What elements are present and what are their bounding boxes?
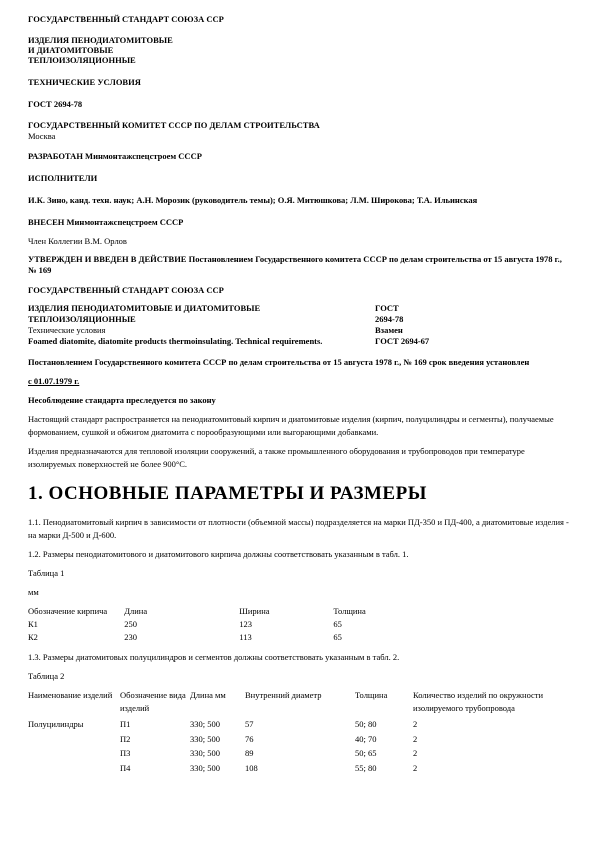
info-replaces-num: ГОСТ 2694-67 (375, 336, 429, 347)
table2-cell: 330; 500 (190, 761, 245, 776)
table1-header-cell: Толщина (333, 605, 438, 618)
title-line-3: ТЕПЛОИЗОЛЯЦИОННЫЕ (28, 55, 570, 65)
decree-paragraph: Постановлением Государственного комитета… (28, 356, 570, 369)
committee-line: ГОСУДАРСТВЕННЫЙ КОМИТЕТ СССР ПО ДЕЛАМ СТ… (28, 120, 570, 131)
developed-by-line: РАЗРАБОТАН Минмонтажспецстроем СССР (28, 150, 570, 163)
table-row: Полуцилиндры П1 330; 500 57 50; 80 2 (28, 717, 570, 732)
executors-line: И.К. Зино, канд. техн. наук; А.Н. Морози… (28, 194, 570, 207)
table2-cell: П3 (120, 746, 190, 761)
table1-cell: К2 (28, 631, 124, 644)
table2-cell: 330; 500 (190, 732, 245, 747)
table2-cell (28, 761, 120, 776)
table2-cell: 55; 80 (355, 761, 413, 776)
table2-cell: 89 (245, 746, 355, 761)
info-gost-label: ГОСТ (375, 303, 429, 314)
table2-cell (28, 732, 120, 747)
table1-header-row: Обозначение кирпича Длина Ширина Толщина (28, 605, 438, 618)
city-line: Москва (28, 131, 570, 142)
table-row: П2 330; 500 76 40; 70 2 (28, 732, 570, 747)
effective-date: с 01.07.1979 г. (28, 375, 570, 388)
table2-cell: 2 (413, 761, 570, 776)
table2-header-cell: Длина мм (190, 689, 245, 717)
document-page: ГОСУДАРСТВЕННЫЙ СТАНДАРТ СОЮЗА ССР ИЗДЕЛ… (0, 0, 595, 842)
submitted-by-line: ВНЕСЕН Минмонтажспецстроем СССР (28, 216, 570, 229)
table2-cell (28, 746, 120, 761)
table1-caption: Таблица 1 (28, 567, 570, 580)
info-title-en: Foamed diatomite, diatomite products the… (28, 336, 363, 347)
table1-cell: 65 (333, 631, 438, 644)
standard-header-2: ГОСУДАРСТВЕННЫЙ СТАНДАРТ СОЮЗА ССР (28, 284, 570, 297)
table2-cell: 50; 65 (355, 746, 413, 761)
table2-caption: Таблица 2 (28, 670, 570, 683)
table-row: П3 330; 500 89 50; 65 2 (28, 746, 570, 761)
table2-cell: 2 (413, 732, 570, 747)
section-1-heading: 1. ОСНОВНЫЕ ПАРАМЕТРЫ И РАЗМЕРЫ (28, 483, 570, 505)
gost-number: ГОСТ 2694-78 (28, 98, 570, 111)
table2-cell: 108 (245, 761, 355, 776)
title-line-1: ИЗДЕЛИЯ ПЕНОДИАТОМИТОВЫЕ (28, 35, 570, 45)
info-gost-num: 2694-78 (375, 314, 429, 325)
paragraph-1-1: 1.1. Пенодиатомитовый кирпич в зависимос… (28, 516, 570, 542)
table2-cell: 57 (245, 717, 355, 732)
table1-header-cell: Длина (124, 605, 239, 618)
committee-block: ГОСУДАРСТВЕННЫЙ КОМИТЕТ СССР ПО ДЕЛАМ СТ… (28, 120, 570, 141)
info-block-left: ИЗДЕЛИЯ ПЕНОДИАТОМИТОВЫЕ И ДИАТОМИТОВЫЕ … (28, 303, 363, 347)
table2-cell: Полуцилиндры (28, 717, 120, 732)
table-2: Наименование изделий Обозначение вида из… (28, 689, 570, 775)
table1-cell: К1 (28, 618, 124, 631)
table2-cell: 2 (413, 717, 570, 732)
info-title-ru: ИЗДЕЛИЯ ПЕНОДИАТОМИТОВЫЕ И ДИАТОМИТОВЫЕ … (28, 303, 363, 325)
table-row: К2 230 113 65 (28, 631, 438, 644)
table-row: П4 330; 500 108 55; 80 2 (28, 761, 570, 776)
info-block-right: ГОСТ 2694-78 Взамен ГОСТ 2694-67 (375, 303, 429, 347)
approved-paragraph: УТВЕРЖДЕН И ВВЕДЕН В ДЕЙСТВИЕ Постановле… (28, 254, 570, 275)
law-notice: Несоблюдение стандарта преследуется по з… (28, 394, 570, 407)
info-subtitle-ru: Технические условия (28, 325, 363, 336)
table2-header-row: Наименование изделий Обозначение вида из… (28, 689, 570, 717)
table1-unit: мм (28, 586, 570, 599)
table-1: Обозначение кирпича Длина Ширина Толщина… (28, 605, 438, 644)
table2-cell: 330; 500 (190, 746, 245, 761)
table2-cell: 76 (245, 732, 355, 747)
table1-cell: 123 (239, 618, 333, 631)
table1-header-cell: Обозначение кирпича (28, 605, 124, 618)
table2-cell: П4 (120, 761, 190, 776)
table2-cell: 2 (413, 746, 570, 761)
executors-label: ИСПОЛНИТЕЛИ (28, 172, 570, 185)
scope-paragraph-2: Изделия предназначаются для тепловой изо… (28, 445, 570, 471)
table2-cell: П2 (120, 732, 190, 747)
paragraph-1-3: 1.3. Размеры диатомитовых полуцилиндров … (28, 651, 570, 664)
board-member-line: Член Коллегии В.М. Орлов (28, 235, 570, 248)
standard-header: ГОСУДАРСТВЕННЫЙ СТАНДАРТ СОЮЗА ССР (28, 13, 570, 26)
table2-cell: 40; 70 (355, 732, 413, 747)
paragraph-1-2: 1.2. Размеры пенодиатомитового и диатоми… (28, 548, 570, 561)
info-block: ИЗДЕЛИЯ ПЕНОДИАТОМИТОВЫЕ И ДИАТОМИТОВЫЕ … (28, 303, 570, 347)
info-replaces-label: Взамен (375, 325, 429, 336)
table1-cell: 250 (124, 618, 239, 631)
table1-cell: 65 (333, 618, 438, 631)
title-line-2: И ДИАТОМИТОВЫЕ (28, 45, 570, 55)
table2-header-cell: Внутренний диаметр (245, 689, 355, 717)
table1-header-cell: Ширина (239, 605, 333, 618)
table2-cell: П1 (120, 717, 190, 732)
document-title: ИЗДЕЛИЯ ПЕНОДИАТОМИТОВЫЕ И ДИАТОМИТОВЫЕ … (28, 35, 570, 65)
table-row: К1 250 123 65 (28, 618, 438, 631)
table2-header-cell: Количество изделий по окружности изолиру… (413, 689, 570, 717)
table1-cell: 113 (239, 631, 333, 644)
scope-paragraph-1: Настоящий стандарт распространяется на п… (28, 413, 570, 439)
table2-cell: 50; 80 (355, 717, 413, 732)
table2-cell: 330; 500 (190, 717, 245, 732)
table1-cell: 230 (124, 631, 239, 644)
table2-header-cell: Толщина (355, 689, 413, 717)
table2-header-cell: Обозначение вида изделий (120, 689, 190, 717)
table2-header-cell: Наименование изделий (28, 689, 120, 717)
subtitle-tech-conditions: ТЕХНИЧЕСКИЕ УСЛОВИЯ (28, 76, 570, 89)
